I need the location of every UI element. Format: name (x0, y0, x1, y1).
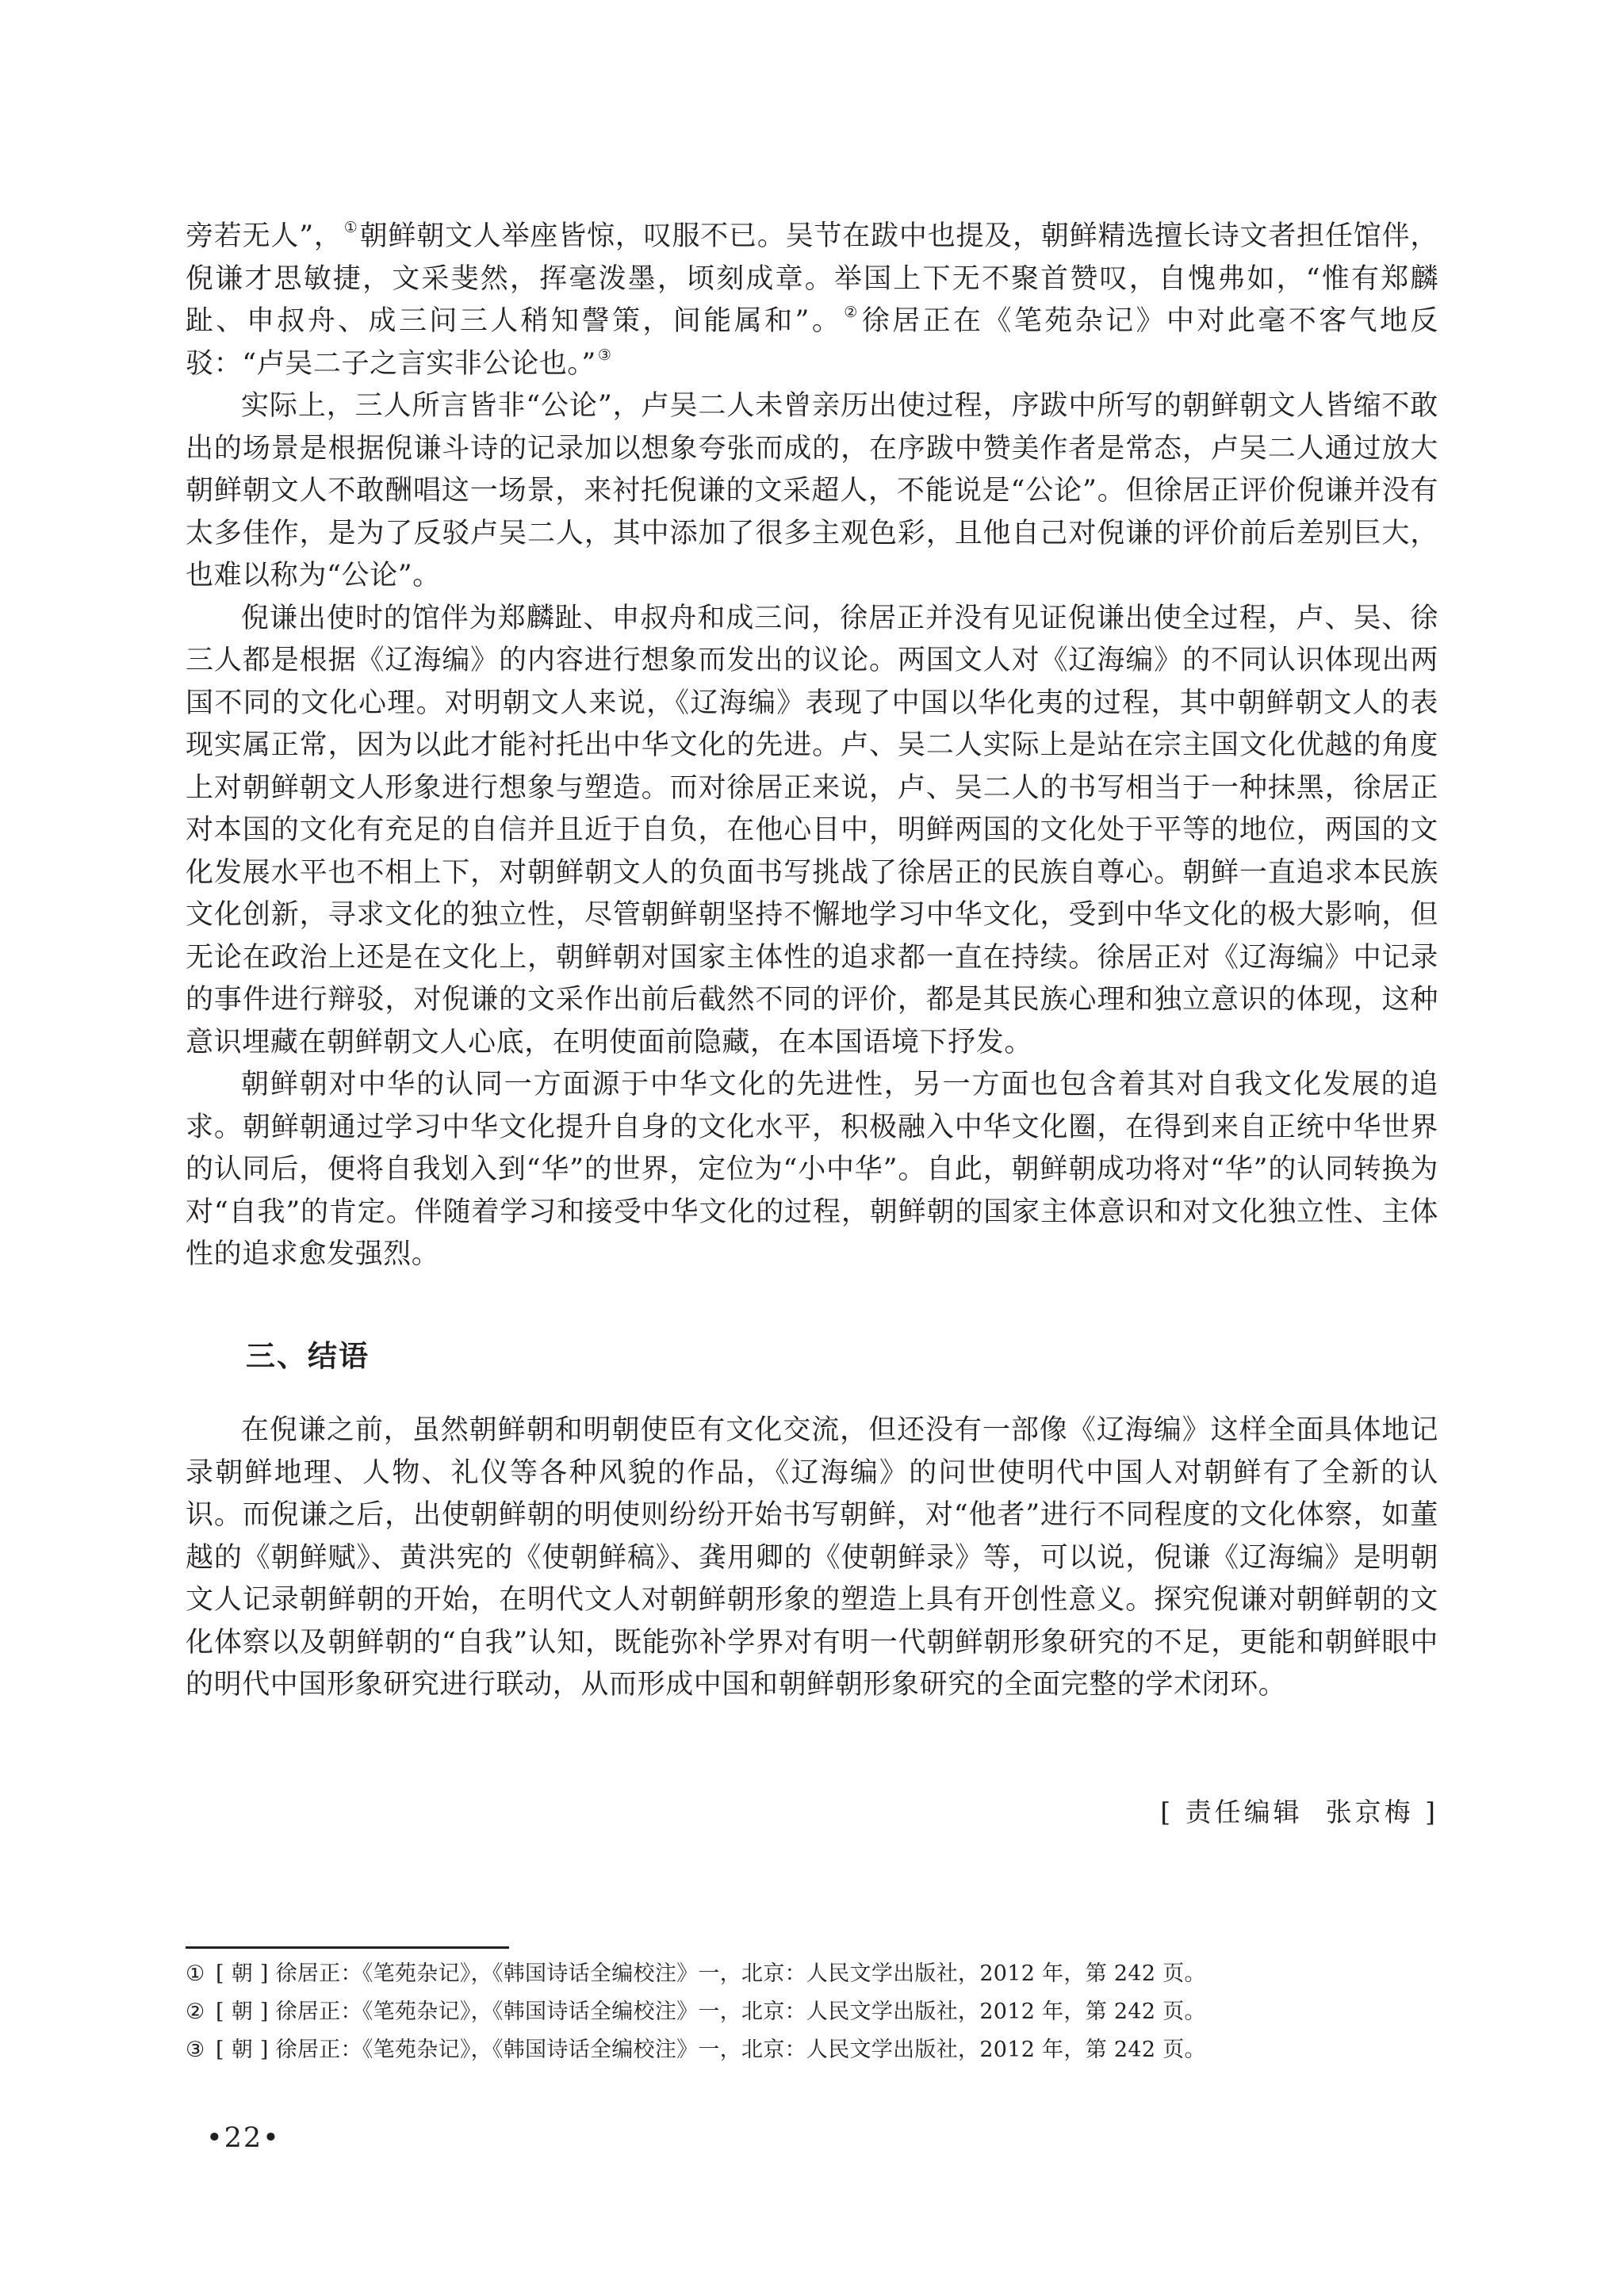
paragraph: 朝鲜朝对中华的认同一方面源于中华文化的先进性，另一方面也包含着其对自我文化发展的… (186, 1064, 1438, 1276)
footnote-marker: ① (186, 1955, 216, 1993)
footnote-item: ③ [ 朝 ] 徐居正：《笔苑杂记》，《韩国诗话全编校注》一，北京：人民文学出版… (186, 2031, 1438, 2069)
page-number: •22• (206, 2122, 281, 2154)
section-heading: 三、结语 (246, 1332, 370, 1375)
footnote-item: ② [ 朝 ] 徐居正：《笔苑杂记》，《韩国诗话全编校注》一，北京：人民文学出版… (186, 1993, 1438, 2031)
body-text-conclusion: 在倪谦之前，虽然朝鲜朝和明朝使臣有文化交流，但还没有一部像《辽海编》这样全面具体… (186, 1410, 1438, 1707)
editor-note: [ 责任编辑 张京梅 ] (1160, 1792, 1438, 1829)
footnotes: ① [ 朝 ] 徐居正：《笔苑杂记》，《韩国诗话全编校注》一，北京：人民文学出版… (186, 1955, 1438, 2069)
paragraph-text: 倪谦出使时的馆伴为郑麟趾、申叔舟和成三问，徐居正并没有见证倪谦出使全过程，卢、吴… (186, 603, 1438, 1058)
body-text-upper: 旁若无人”，①朝鲜朝文人举座皆惊，叹服不已。吴节在跋中也提及，朝鲜精选擅长诗文者… (186, 216, 1438, 1276)
paragraph-text: 旁若无人”， (186, 220, 343, 252)
footnote-text: [ 朝 ] 徐居正：《笔苑杂记》，《韩国诗话全编校注》一，北京：人民文学出版社，… (216, 1955, 1206, 1993)
footnote-reference: ① (344, 219, 358, 236)
footnote-item: ① [ 朝 ] 徐居正：《笔苑杂记》，《韩国诗话全编校注》一，北京：人民文学出版… (186, 1955, 1438, 1993)
paragraph: 旁若无人”，①朝鲜朝文人举座皆惊，叹服不已。吴节在跋中也提及，朝鲜精选擅长诗文者… (186, 216, 1438, 385)
footnote-reference: ② (844, 304, 860, 321)
footnote-text: [ 朝 ] 徐居正：《笔苑杂记》，《韩国诗话全编校注》一，北京：人民文学出版社，… (216, 2031, 1206, 2069)
footnote-text: [ 朝 ] 徐居正：《笔苑杂记》，《韩国诗话全编校注》一，北京：人民文学出版社，… (216, 1993, 1206, 2031)
footnote-reference: ③ (598, 346, 612, 364)
footnote-marker: ③ (186, 2031, 216, 2069)
paragraph-text: 实际上，三人所言皆非“公论”，卢吴二人未曾亲历出使过程，序跋中所写的朝鲜朝文人皆… (186, 390, 1438, 591)
footnote-marker: ② (186, 1993, 216, 2031)
paragraph: 倪谦出使时的馆伴为郑麟趾、申叔舟和成三问，徐居正并没有见证倪谦出使全过程，卢、吴… (186, 598, 1438, 1065)
paragraph-text: 在倪谦之前，虽然朝鲜朝和明朝使臣有文化交流，但还没有一部像《辽海编》这样全面具体… (186, 1414, 1438, 1701)
paragraph-text: 朝鲜朝对中华的认同一方面源于中华文化的先进性，另一方面也包含着其对自我文化发展的… (186, 1069, 1438, 1270)
paragraph: 在倪谦之前，虽然朝鲜朝和明朝使臣有文化交流，但还没有一部像《辽海编》这样全面具体… (186, 1410, 1438, 1707)
footnote-separator (186, 1946, 509, 1949)
paragraph: 实际上，三人所言皆非“公论”，卢吴二人未曾亲历出使过程，序跋中所写的朝鲜朝文人皆… (186, 385, 1438, 598)
